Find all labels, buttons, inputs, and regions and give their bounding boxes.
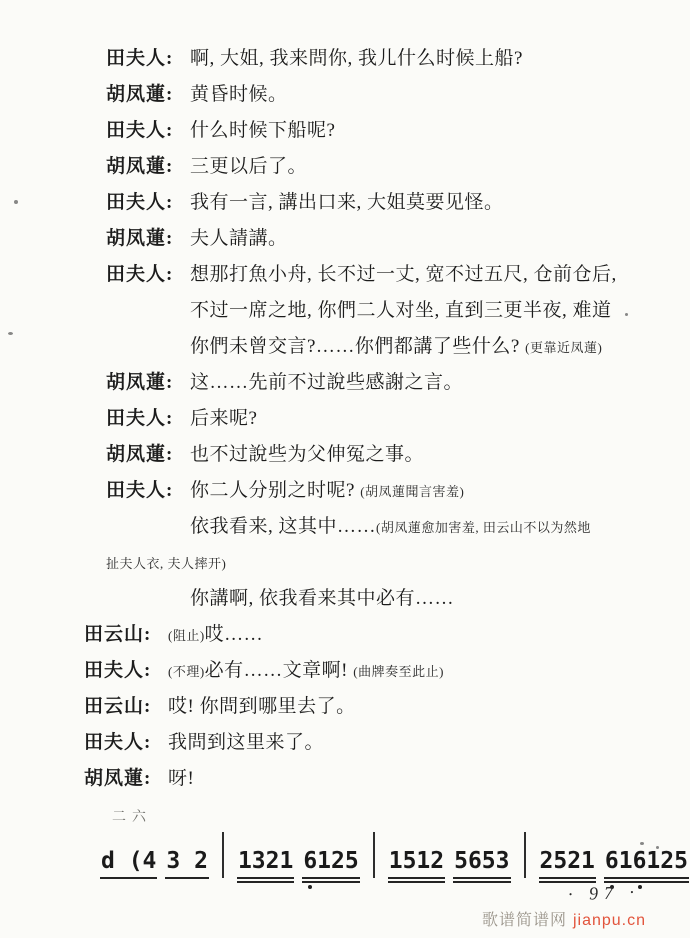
- watermark-site-name: 歌谱简谱网: [482, 912, 567, 929]
- beam-underline: [100, 877, 157, 879]
- dialogue-row: 胡凤蓮:三更以后了。: [106, 154, 660, 190]
- stage-direction: (胡凤蓮聞言害羞): [360, 484, 464, 499]
- dialogue-row: 不过一席之地, 你們二人对坐, 直到三更半夜, 难道: [106, 298, 660, 334]
- dialogue-row: 胡凤蓮:黄昏时候。: [106, 82, 660, 118]
- dialogue-row: 依我看来, 这其中……(胡凤蓮愈加害羞, 田云山不以为然地: [106, 514, 660, 550]
- dialogue-row: 胡凤蓮:呀!: [84, 766, 660, 802]
- barline: [222, 832, 224, 878]
- dialogue-text: 必有……文章啊!: [205, 660, 354, 681]
- note-digits: d (4: [101, 847, 156, 875]
- dialogue-line: 黄昏时候。: [190, 82, 288, 107]
- dialogue-row: 你們未曾交言?……你們都講了些什么? (更靠近凤蓮): [106, 334, 660, 370]
- dialogue-text: 哎! 你問到哪里去了。: [168, 696, 356, 717]
- dialogue-text: 黄昏时候。: [190, 84, 288, 105]
- dialogue-text: 啊, 大姐, 我来問你, 我儿什么时候上船?: [190, 48, 523, 69]
- dialogue-row: 胡凤蓮:也不过說些为父伸冤之事。: [106, 442, 660, 478]
- dialogue-line: 哎! 你問到哪里去了。: [168, 694, 356, 719]
- dialogue-text: 呀!: [168, 768, 194, 789]
- stage-direction: (不理): [168, 664, 205, 679]
- watermark-site-url[interactable]: jianpu.cn: [573, 912, 646, 929]
- beam-underline: [453, 881, 510, 883]
- dialogue-line: 想那打魚小舟, 长不过一丈, 宽不过五尺, 仓前仓后,: [190, 262, 617, 287]
- beam-underline: [539, 877, 596, 879]
- scan-speck: [625, 313, 628, 316]
- dialogue-text: 这……先前不过說些感謝之言。: [190, 372, 463, 393]
- dialogue-line: 依我看来, 这其中……(胡凤蓮愈加害羞, 田云山不以为然地: [190, 514, 591, 540]
- note-digits: 2521: [540, 847, 595, 875]
- dialogue-line: 三更以后了。: [190, 154, 307, 179]
- dialogue-text: 也不过說些为父伸冤之事。: [190, 444, 424, 465]
- dialogue-row: 你講啊, 依我看来其中必有……: [106, 586, 660, 622]
- note-digits: 1321: [238, 847, 293, 875]
- speaker-name: 胡凤蓮:: [106, 226, 190, 251]
- note-digits: 616125: [605, 847, 688, 875]
- beam-underline: [237, 877, 294, 879]
- note-group: 1512: [389, 847, 444, 875]
- dialogue-line: 这……先前不过說些感謝之言。: [190, 370, 463, 395]
- dialogue-row: 田夫人:你二人分别之时呢? (胡凤蓮聞言害羞): [106, 478, 660, 514]
- stage-direction: (阻止): [168, 628, 205, 643]
- note-group: 5653: [454, 847, 509, 875]
- stage-direction: (胡凤蓮愈加害羞, 田云山不以为然地: [376, 520, 591, 535]
- speaker-name: 田夫人:: [106, 190, 190, 215]
- page-number: · 97 ·: [568, 882, 641, 906]
- barline: [524, 832, 526, 878]
- dialogue-row: 田云山:哎! 你問到哪里去了。: [84, 694, 660, 730]
- dialogue-row: 田夫人:我問到这里来了。: [84, 730, 660, 766]
- beam-underline: [388, 877, 445, 879]
- dialogue-text: 你們未曾交言?……你們都講了些什么?: [190, 336, 525, 357]
- note-digits: 5653: [454, 847, 509, 875]
- speaker-name: 田夫人:: [106, 46, 190, 71]
- dialogue-row: 田夫人:什么时候下船呢?: [106, 118, 660, 154]
- dialogue-row: 田夫人:(不理)必有……文章啊! (曲牌奏至此止): [84, 658, 660, 694]
- dialogue-row: 田夫人:啊, 大姐, 我来問你, 我儿什么时候上船?: [106, 46, 660, 82]
- dialogue-row: 田云山:(阻止)哎……: [84, 622, 660, 658]
- note-group: 2521: [540, 847, 595, 875]
- scan-speck: [8, 332, 13, 335]
- dialogue-row: 胡凤蓮:夫人請講。: [106, 226, 660, 262]
- note-group: 616125: [605, 847, 688, 875]
- note-digits: 3 2: [166, 847, 208, 875]
- dialogue-text: 三更以后了。: [190, 156, 307, 177]
- barline: [373, 832, 375, 878]
- dialogue-line: 啊, 大姐, 我来問你, 我儿什么时候上船?: [190, 46, 523, 71]
- dialogue-line: (阻止)哎……: [168, 622, 263, 648]
- stage-direction: 扯夫人衣, 夫人摔开): [106, 556, 226, 571]
- dialogue-text: 我有一言, 講出口来, 大姐莫要见怪。: [190, 192, 504, 213]
- jianpu-notation-line: d (43 213216125151256532521616125: [96, 832, 660, 878]
- beam-underline: [453, 877, 510, 879]
- note-digits: 1512: [389, 847, 444, 875]
- dialogue-row: 田夫人:想那打魚小舟, 长不过一丈, 宽不过五尺, 仓前仓后,: [106, 262, 660, 298]
- dialogue-line: (不理)必有……文章啊! (曲牌奏至此止): [168, 658, 444, 684]
- dialogue-text: 你二人分别之时呢?: [190, 480, 360, 501]
- speaker-name: 田夫人:: [106, 478, 190, 503]
- dialogue-line: 你二人分别之时呢? (胡凤蓮聞言害羞): [190, 478, 464, 504]
- dialogue-row: 田夫人:我有一言, 講出口来, 大姐莫要见怪。: [106, 190, 660, 226]
- dialogue-line: 也不过說些为父伸冤之事。: [190, 442, 424, 467]
- speaker-name: 胡凤蓮:: [84, 766, 168, 791]
- low-octave-dot: [308, 885, 312, 889]
- watermark: 歌谱简谱网jianpu.cn: [482, 907, 646, 930]
- dialogue-row: 田夫人:后来呢?: [106, 406, 660, 442]
- note-group: 1321: [238, 847, 293, 875]
- dialogue-text: 依我看来, 这其中……: [190, 516, 376, 537]
- dialogue-line: 不过一席之地, 你們二人对坐, 直到三更半夜, 难道: [190, 298, 612, 323]
- speaker-name: 田夫人:: [84, 658, 168, 683]
- beam-underline: [237, 881, 294, 883]
- beam-underline: [302, 877, 359, 879]
- scan-speck: [640, 842, 644, 845]
- dialogue-line: 你們未曾交言?……你們都講了些什么? (更靠近凤蓮): [190, 334, 602, 360]
- dialogue-text: 我問到这里来了。: [168, 732, 324, 753]
- stage-direction: (曲牌奏至此止): [353, 664, 444, 679]
- beam-underline: [388, 881, 445, 883]
- scan-speck: [14, 200, 18, 204]
- note-group: d (4: [101, 847, 156, 875]
- speaker-name: 胡凤蓮:: [106, 442, 190, 467]
- dialogue-line: 扯夫人衣, 夫人摔开): [106, 550, 226, 576]
- stage-direction: (更靠近凤蓮): [525, 340, 602, 355]
- dialogue-line: 什么时候下船呢?: [190, 118, 335, 143]
- speaker-name: 田云山:: [84, 694, 168, 719]
- note-group: 3 2: [166, 847, 208, 875]
- speaker-name: 田夫人:: [84, 730, 168, 755]
- note-group: 6125: [303, 847, 358, 875]
- music-section: 二六 d (43 213216125151256532521616125: [104, 806, 660, 878]
- dialogue-line: 后来呢?: [190, 406, 257, 431]
- dialogue-line: 我有一言, 講出口来, 大姐莫要见怪。: [190, 190, 504, 215]
- dialogue-text: 哎……: [205, 624, 264, 645]
- dialogue-row: 扯夫人衣, 夫人摔开): [106, 550, 660, 586]
- dialogue-line: 夫人請講。: [190, 226, 288, 251]
- dialogue-row: 胡凤蓮:这……先前不过說些感謝之言。: [106, 370, 660, 406]
- speaker-name: 胡凤蓮:: [106, 82, 190, 107]
- document-page: 田夫人:啊, 大姐, 我来問你, 我儿什么时候上船?胡凤蓮:黄昏时候。田夫人:什…: [0, 0, 690, 938]
- dialogue-text: 夫人請講。: [190, 228, 288, 249]
- tune-name-label: 二六: [112, 806, 660, 826]
- speaker-name: 田夫人:: [106, 118, 190, 143]
- speaker-name: 胡凤蓮:: [106, 154, 190, 179]
- speaker-name: 田夫人:: [106, 262, 190, 287]
- beam-underline: [604, 877, 689, 879]
- dialogue-text: 你講啊, 依我看来其中必有……: [190, 588, 454, 609]
- dialogue-text: 想那打魚小舟, 长不过一丈, 宽不过五尺, 仓前仓后,: [190, 264, 617, 285]
- note-digits: 6125: [303, 847, 358, 875]
- dialogue-section: 田夫人:啊, 大姐, 我来問你, 我儿什么时候上船?胡凤蓮:黄昏时候。田夫人:什…: [106, 46, 660, 802]
- dialogue-line: 你講啊, 依我看来其中必有……: [190, 586, 454, 611]
- dialogue-text: 后来呢?: [190, 408, 257, 429]
- dialogue-line: 呀!: [168, 766, 194, 791]
- dialogue-text: 什么时候下船呢?: [190, 120, 335, 141]
- scan-speck: [656, 846, 659, 849]
- speaker-name: 田云山:: [84, 622, 168, 647]
- beam-underline: [165, 877, 209, 879]
- dialogue-text: 不过一席之地, 你們二人对坐, 直到三更半夜, 难道: [190, 300, 612, 321]
- dialogue-line: 我問到这里来了。: [168, 730, 324, 755]
- speaker-name: 胡凤蓮:: [106, 370, 190, 395]
- beam-underline: [302, 881, 359, 883]
- speaker-name: 田夫人:: [106, 406, 190, 431]
